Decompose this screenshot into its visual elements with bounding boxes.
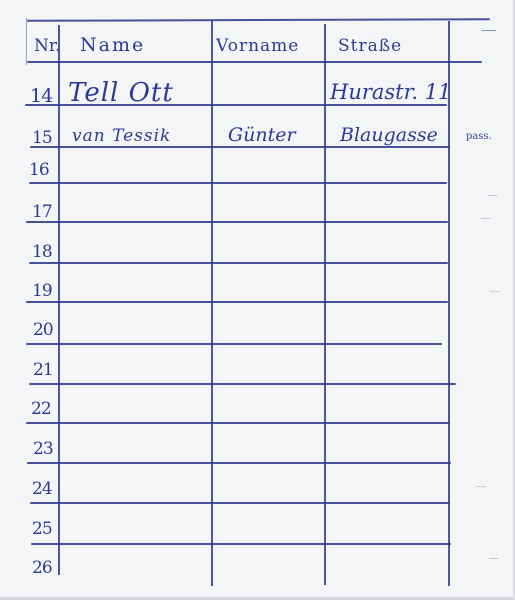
row-rule-17 [26, 221, 448, 223]
row-14-name: Tell Ott [68, 80, 174, 106]
row-14-street: Hurastr. 11 [330, 82, 451, 103]
margin-pencil-mark [490, 291, 500, 292]
row-number-15: 15 [32, 130, 52, 147]
row-number-22: 22 [31, 401, 51, 418]
row-15-note: pass. [466, 132, 492, 142]
street-column-divider [448, 21, 450, 586]
left-margin-line [26, 18, 27, 65]
row-rule-16 [29, 182, 447, 184]
margin-pencil-mark [482, 30, 496, 31]
row-rule-20 [26, 343, 442, 345]
row-15-street: Blaugasse [340, 126, 438, 145]
row-number-19: 19 [32, 283, 52, 300]
row-rule-24 [30, 502, 450, 504]
header-bottom-rule [27, 61, 482, 63]
number-column-divider [58, 25, 60, 575]
row-number-20: 20 [33, 322, 53, 339]
handwritten-page: Nr. Name Vorname Straße 14 Tell Ott Hura… [0, 0, 515, 600]
row-rule-19 [26, 301, 448, 303]
header-first-name: Vorname [216, 38, 299, 55]
row-number-24: 24 [32, 481, 52, 498]
first-name-column-divider [324, 24, 326, 585]
row-rule-25 [31, 543, 451, 545]
margin-pencil-mark [488, 195, 498, 196]
row-number-18: 18 [32, 244, 52, 261]
row-rule-21 [29, 383, 456, 385]
row-number-16: 16 [29, 162, 49, 179]
row-number-26: 26 [32, 560, 52, 577]
row-rule-15 [30, 146, 450, 148]
name-column-divider [211, 21, 213, 586]
header-name: Name [80, 36, 145, 55]
margin-pencil-mark [476, 486, 486, 487]
row-15-first-name: Günter [228, 126, 296, 145]
margin-pencil-mark [489, 558, 499, 559]
row-number-21: 21 [33, 362, 53, 379]
table-top-rule [27, 18, 490, 22]
header-number: Nr. [34, 38, 61, 55]
row-number-17: 17 [32, 204, 52, 221]
row-rule-18 [29, 262, 448, 264]
row-number-14: 14 [30, 87, 52, 106]
header-street: Straße [338, 38, 402, 55]
row-rule-23 [27, 462, 451, 464]
row-rule-22 [26, 422, 450, 424]
row-number-25: 25 [32, 521, 52, 538]
row-number-23: 23 [33, 441, 53, 458]
margin-pencil-mark [481, 218, 491, 219]
row-15-name: van Tessik [72, 128, 171, 145]
